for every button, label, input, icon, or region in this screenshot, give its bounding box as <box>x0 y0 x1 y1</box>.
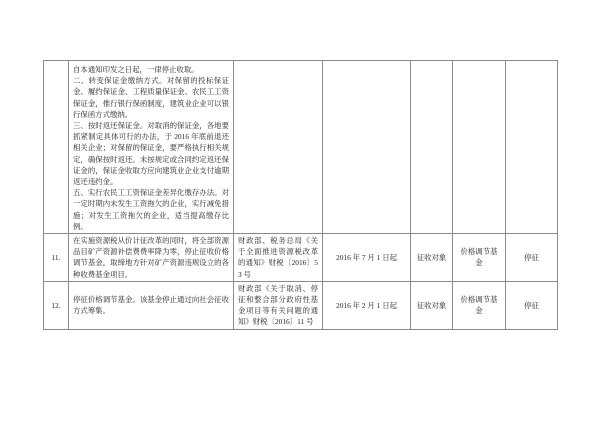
measure-content-cell: 停征价格调节基金。该基金停止通过向社会征收方式筹集。 <box>69 281 234 329</box>
effective-date-cell: 2016 年 7 月 1 日起 <box>323 234 411 282</box>
measure-content-cell: 自本通知印发之日起，一律停止收取。 二、转变保证金缴纳方式。对保留的投标保证金、… <box>69 61 234 234</box>
levy-target-cell: 征收对象 <box>411 281 453 329</box>
effective-date-cell: 2016 年 2 月 1 日起 <box>323 281 411 329</box>
table-row-12: 12. 停征价格调节基金。该基金停止通过向社会征收方式筹集。 财政部《关于取消、… <box>44 281 558 329</box>
fund-name-cell <box>453 61 506 234</box>
measure-content-cell: 在实施资源税从价计征改革的同时，将全部资源品目矿产资源补偿费费率降为零，停止征收… <box>69 234 234 282</box>
row-number-cell: 12. <box>44 281 69 329</box>
row-number-cell: 11. <box>44 234 69 282</box>
fund-items-table: 自本通知印发之日起，一律停止收取。 二、转变保证金缴纳方式。对保留的投标保证金、… <box>43 60 558 330</box>
levy-target-cell: 征收对象 <box>411 234 453 282</box>
action-cell <box>506 61 558 234</box>
table-row-11: 11. 在实施资源税从价计征改革的同时，将全部资源品目矿产资源补偿费费率降为零，… <box>44 234 558 282</box>
table-row-continuation: 自本通知印发之日起，一律停止收取。 二、转变保证金缴纳方式。对保留的投标保证金、… <box>44 61 558 234</box>
document-page: 自本通知印发之日起，一律停止收取。 二、转变保证金缴纳方式。对保留的投标保证金、… <box>0 0 600 424</box>
levy-target-cell <box>411 61 453 234</box>
effective-date-cell <box>323 61 411 234</box>
fund-name-cell: 价格调节基金 <box>453 281 506 329</box>
row-number-cell <box>44 61 69 234</box>
action-cell: 停征 <box>506 234 558 282</box>
action-cell: 停征 <box>506 281 558 329</box>
policy-document-cell <box>234 61 323 234</box>
policy-document-cell: 财政部《关于取消、停征和整合部分政府性基金项目等有关问题的通知》财税〔2016〕… <box>234 281 323 329</box>
fund-name-cell: 价格调节基金 <box>453 234 506 282</box>
policy-document-cell: 财政部、税务总局《关于全面推进资源税改革的通知》财税〔2016〕53 号 <box>234 234 323 282</box>
